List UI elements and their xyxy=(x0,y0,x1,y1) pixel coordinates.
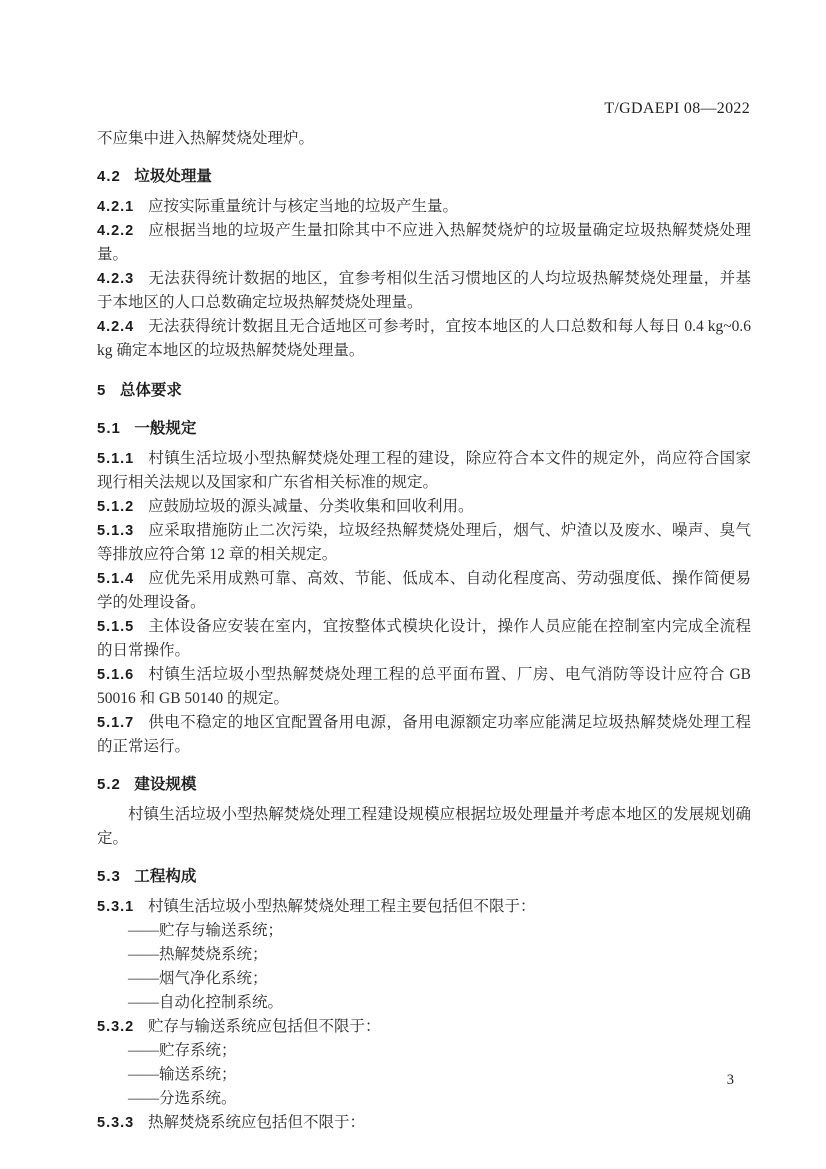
text-run: ——贮存与输送系统； xyxy=(128,922,283,939)
text-run: 不应集中进入热解焚烧处理炉。 xyxy=(97,130,314,147)
clause-number: 5.1.4 xyxy=(97,571,134,587)
text-run: ——烟气净化系统； xyxy=(128,970,268,987)
text-run: 应采取措施防止二次污染，垃圾经热解焚烧处理后，烟气、炉渣以及废水、噪声、臭气等排… xyxy=(97,522,751,563)
dash-list-item: ——分选系统。 xyxy=(97,1087,751,1111)
text-run: 工程构成 xyxy=(134,868,196,885)
clause-paragraph: 5.1.7供电不稳定的地区宜配置备用电源，备用电源额定功率应能满足垃圾热解焚烧处… xyxy=(97,711,751,759)
clause-paragraph: 4.2.3无法获得统计数据的地区，宜参考相似生活习惯地区的人均垃圾热解焚烧处理量… xyxy=(97,267,751,315)
page-number: 3 xyxy=(727,1072,734,1089)
clause-number: 5.1 xyxy=(97,420,121,437)
subsection-heading: 5.2建设规模 xyxy=(97,773,751,797)
clause-number: 5.1.6 xyxy=(97,667,134,683)
clause-paragraph: 5.3.1村镇生活垃圾小型热解焚烧处理工程主要包括但不限于： xyxy=(97,895,751,919)
clause-number: 4.2.4 xyxy=(97,319,134,335)
subsection-heading: 5.3工程构成 xyxy=(97,865,751,889)
text-run: 村镇生活垃圾小型热解焚烧处理工程建设规模应根据垃圾处理量并考虑本地区的发展规划确… xyxy=(97,806,751,847)
clause-paragraph: 4.2.2应根据当地的垃圾产生量扣除其中不应进入热解焚烧炉的垃圾量确定垃圾热解焚… xyxy=(97,219,751,267)
text-run: 垃圾处理量 xyxy=(134,168,212,185)
text-run: 热解焚烧系统应包括但不限于： xyxy=(148,1114,365,1131)
clause-paragraph: 5.1.2应鼓励垃圾的源头减量、分类收集和回收利用。 xyxy=(97,495,751,519)
clause-number: 4.2.3 xyxy=(97,271,134,287)
clause-number: 5.1.7 xyxy=(97,715,134,731)
section-heading: 5总体要求 xyxy=(97,379,751,403)
clause-number: 5.2 xyxy=(97,776,121,793)
text-run: ——贮存系统； xyxy=(128,1042,237,1059)
subsection-heading: 4.2垃圾处理量 xyxy=(97,165,751,189)
text-run: 主体设备应安装在室内，宜按整体式模块化设计，操作人员应能在控制室内完成全流程的日… xyxy=(97,618,751,659)
text-run: 应优先采用成熟可靠、高效、节能、低成本、自动化程度高、劳动强度低、操作简便易学的… xyxy=(97,570,751,611)
text-run: 村镇生活垃圾小型热解焚烧处理工程的建设，除应符合本文件的规定外，尚应符合国家现行… xyxy=(97,450,751,491)
clause-paragraph: 5.3.2贮存与输送系统应包括但不限于： xyxy=(97,1015,751,1039)
dash-list-item: ——输送系统； xyxy=(97,1063,751,1087)
clause-number: 5.1.2 xyxy=(97,499,134,515)
text-run: 村镇生活垃圾小型热解焚烧处理工程主要包括但不限于： xyxy=(148,898,536,915)
dash-list-item: ——贮存与输送系统； xyxy=(97,919,751,943)
text-run: 应根据当地的垃圾产生量扣除其中不应进入热解焚烧炉的垃圾量确定垃圾热解焚烧处理量。 xyxy=(97,222,751,263)
clause-paragraph: 4.2.4无法获得统计数据且无合适地区可参考时，宜按本地区的人口总数和每人每日 … xyxy=(97,315,751,363)
text-run: ——分选系统。 xyxy=(128,1090,237,1107)
text-run: 村镇生活垃圾小型热解焚烧处理工程的总平面布置、厂房、电气消防等设计应符合 GB … xyxy=(97,666,751,707)
text-run: 无法获得统计数据且无合适地区可参考时，宜按本地区的人口总数和每人每日 0.4 k… xyxy=(97,318,751,359)
clause-number: 5 xyxy=(97,382,106,399)
document-page: T/GDAEPI 08—2022 不应集中进入热解焚烧处理炉。4.2垃圾处理量4… xyxy=(0,0,826,1169)
text-run: ——自动化控制系统。 xyxy=(128,994,283,1011)
clause-paragraph: 5.3.3热解焚烧系统应包括但不限于： xyxy=(97,1111,751,1135)
clause-number: 5.1.3 xyxy=(97,523,134,539)
dash-list-item: ——贮存系统； xyxy=(97,1039,751,1063)
document-content: 不应集中进入热解焚烧处理炉。4.2垃圾处理量4.2.1应按实际重量统计与核定当地… xyxy=(97,127,751,1135)
clause-paragraph: 5.1.3应采取措施防止二次污染，垃圾经热解焚烧处理后，烟气、炉渣以及废水、噪声… xyxy=(97,519,751,567)
text-run: 贮存与输送系统应包括但不限于： xyxy=(148,1018,381,1035)
clause-paragraph: 5.1.5主体设备应安装在室内，宜按整体式模块化设计，操作人员应能在控制室内完成… xyxy=(97,615,751,663)
text-run: ——热解焚烧系统； xyxy=(128,946,268,963)
clause-paragraph: 4.2.1应按实际重量统计与核定当地的垃圾产生量。 xyxy=(97,195,751,219)
text-run: ——输送系统； xyxy=(128,1066,237,1083)
clause-number: 4.2.2 xyxy=(97,223,134,239)
text-run: 一般规定 xyxy=(134,420,196,437)
clause-number: 5.3 xyxy=(97,868,121,885)
dash-list-item: ——烟气净化系统； xyxy=(97,967,751,991)
clause-paragraph: 5.1.1村镇生活垃圾小型热解焚烧处理工程的建设，除应符合本文件的规定外，尚应符… xyxy=(97,447,751,495)
clause-paragraph: 5.1.4应优先采用成熟可靠、高效、节能、低成本、自动化程度高、劳动强度低、操作… xyxy=(97,567,751,615)
subsection-heading: 5.1一般规定 xyxy=(97,417,751,441)
clause-number: 4.2.1 xyxy=(97,199,134,215)
text-run: 总体要求 xyxy=(120,382,182,399)
text-run: 无法获得统计数据的地区，宜参考相似生活习惯地区的人均垃圾热解焚烧处理量，并基于本… xyxy=(97,270,751,311)
clause-paragraph: 5.1.6村镇生活垃圾小型热解焚烧处理工程的总平面布置、厂房、电气消防等设计应符… xyxy=(97,663,751,711)
clause-number: 5.1.1 xyxy=(97,451,134,467)
paragraph: 不应集中进入热解焚烧处理炉。 xyxy=(97,127,751,151)
text-run: 建设规模 xyxy=(134,776,196,793)
clause-number: 4.2 xyxy=(97,168,121,185)
running-header-standard-number: T/GDAEPI 08—2022 xyxy=(604,100,750,118)
text-run: 供电不稳定的地区宜配置备用电源，备用电源额定功率应能满足垃圾热解焚烧处理工程的正… xyxy=(97,714,751,755)
clause-number: 5.3.3 xyxy=(97,1115,134,1131)
text-run: 应按实际重量统计与核定当地的垃圾产生量。 xyxy=(148,198,458,215)
clause-number: 5.3.2 xyxy=(97,1019,134,1035)
clause-number: 5.1.5 xyxy=(97,619,134,635)
dash-list-item: ——热解焚烧系统； xyxy=(97,943,751,967)
dash-list-item: ——自动化控制系统。 xyxy=(97,991,751,1015)
text-run: 应鼓励垃圾的源头减量、分类收集和回收利用。 xyxy=(148,498,474,515)
clause-number: 5.3.1 xyxy=(97,899,134,915)
indented-paragraph: 村镇生活垃圾小型热解焚烧处理工程建设规模应根据垃圾处理量并考虑本地区的发展规划确… xyxy=(97,803,751,851)
